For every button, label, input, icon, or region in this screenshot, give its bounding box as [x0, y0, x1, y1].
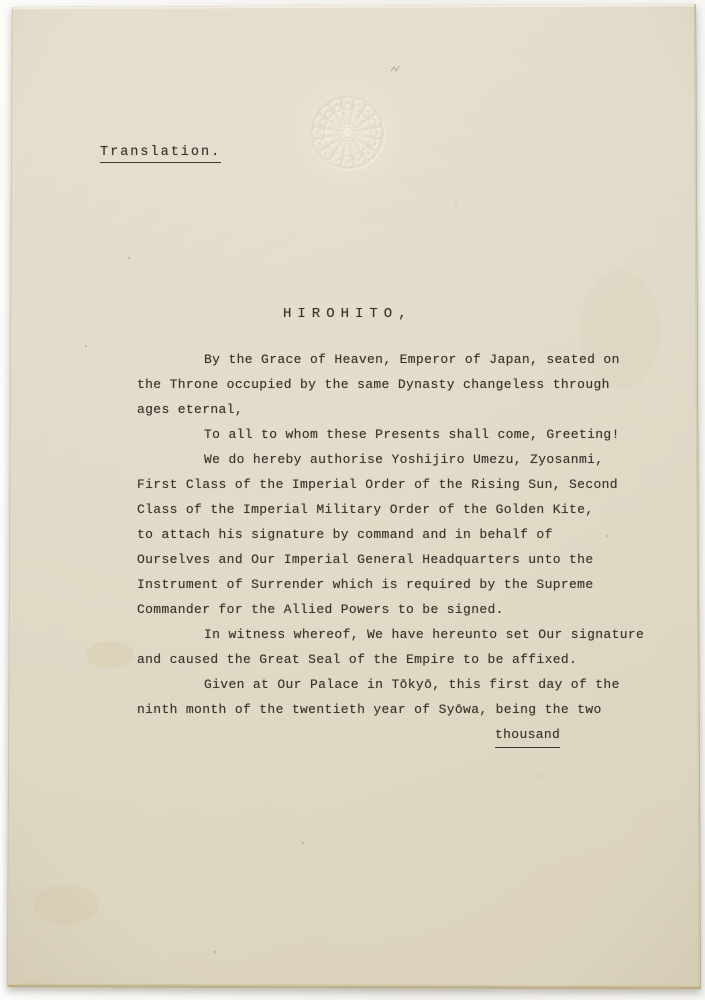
document-line: Class of the Imperial Military Order of … [137, 497, 637, 522]
document-line: By the Grace of Heaven, Emperor of Japan… [137, 347, 637, 372]
document-line: to attach his signature by command and i… [137, 522, 637, 547]
document-line: Given at Our Palace in Tōkyō, this first… [137, 672, 637, 697]
document-line: In witness whereof, We have hereunto set… [137, 622, 637, 647]
document-line: First Class of the Imperial Order of the… [137, 472, 637, 497]
document-line: Instrument of Surrender which is require… [137, 572, 637, 597]
paper-stain [86, 641, 134, 669]
document-line: ages eternal, [137, 397, 637, 422]
paper-stain [34, 885, 98, 925]
catchword: thousand [495, 722, 560, 748]
document-line: Ourselves and Our Imperial General Headq… [137, 547, 637, 572]
translation-label: Translation. [100, 145, 221, 163]
document-line: Commander for the Allied Powers to be si… [137, 597, 637, 622]
scan-background: Translation. HIROHITO, By the Grace of H… [0, 0, 705, 1000]
document-body: By the Grace of Heaven, Emperor of Japan… [137, 347, 637, 722]
document-line: ninth month of the twentieth year of Syō… [137, 697, 637, 722]
document-line: We do hereby authorise Yoshijiro Umezu, … [137, 447, 637, 472]
document-line: the Throne occupied by the same Dynasty … [137, 372, 637, 397]
document-line: and caused the Great Seal of the Empire … [137, 647, 637, 672]
document-heading: HIROHITO, [283, 306, 413, 322]
document-line: To all to whom these Presents shall come… [137, 422, 637, 447]
